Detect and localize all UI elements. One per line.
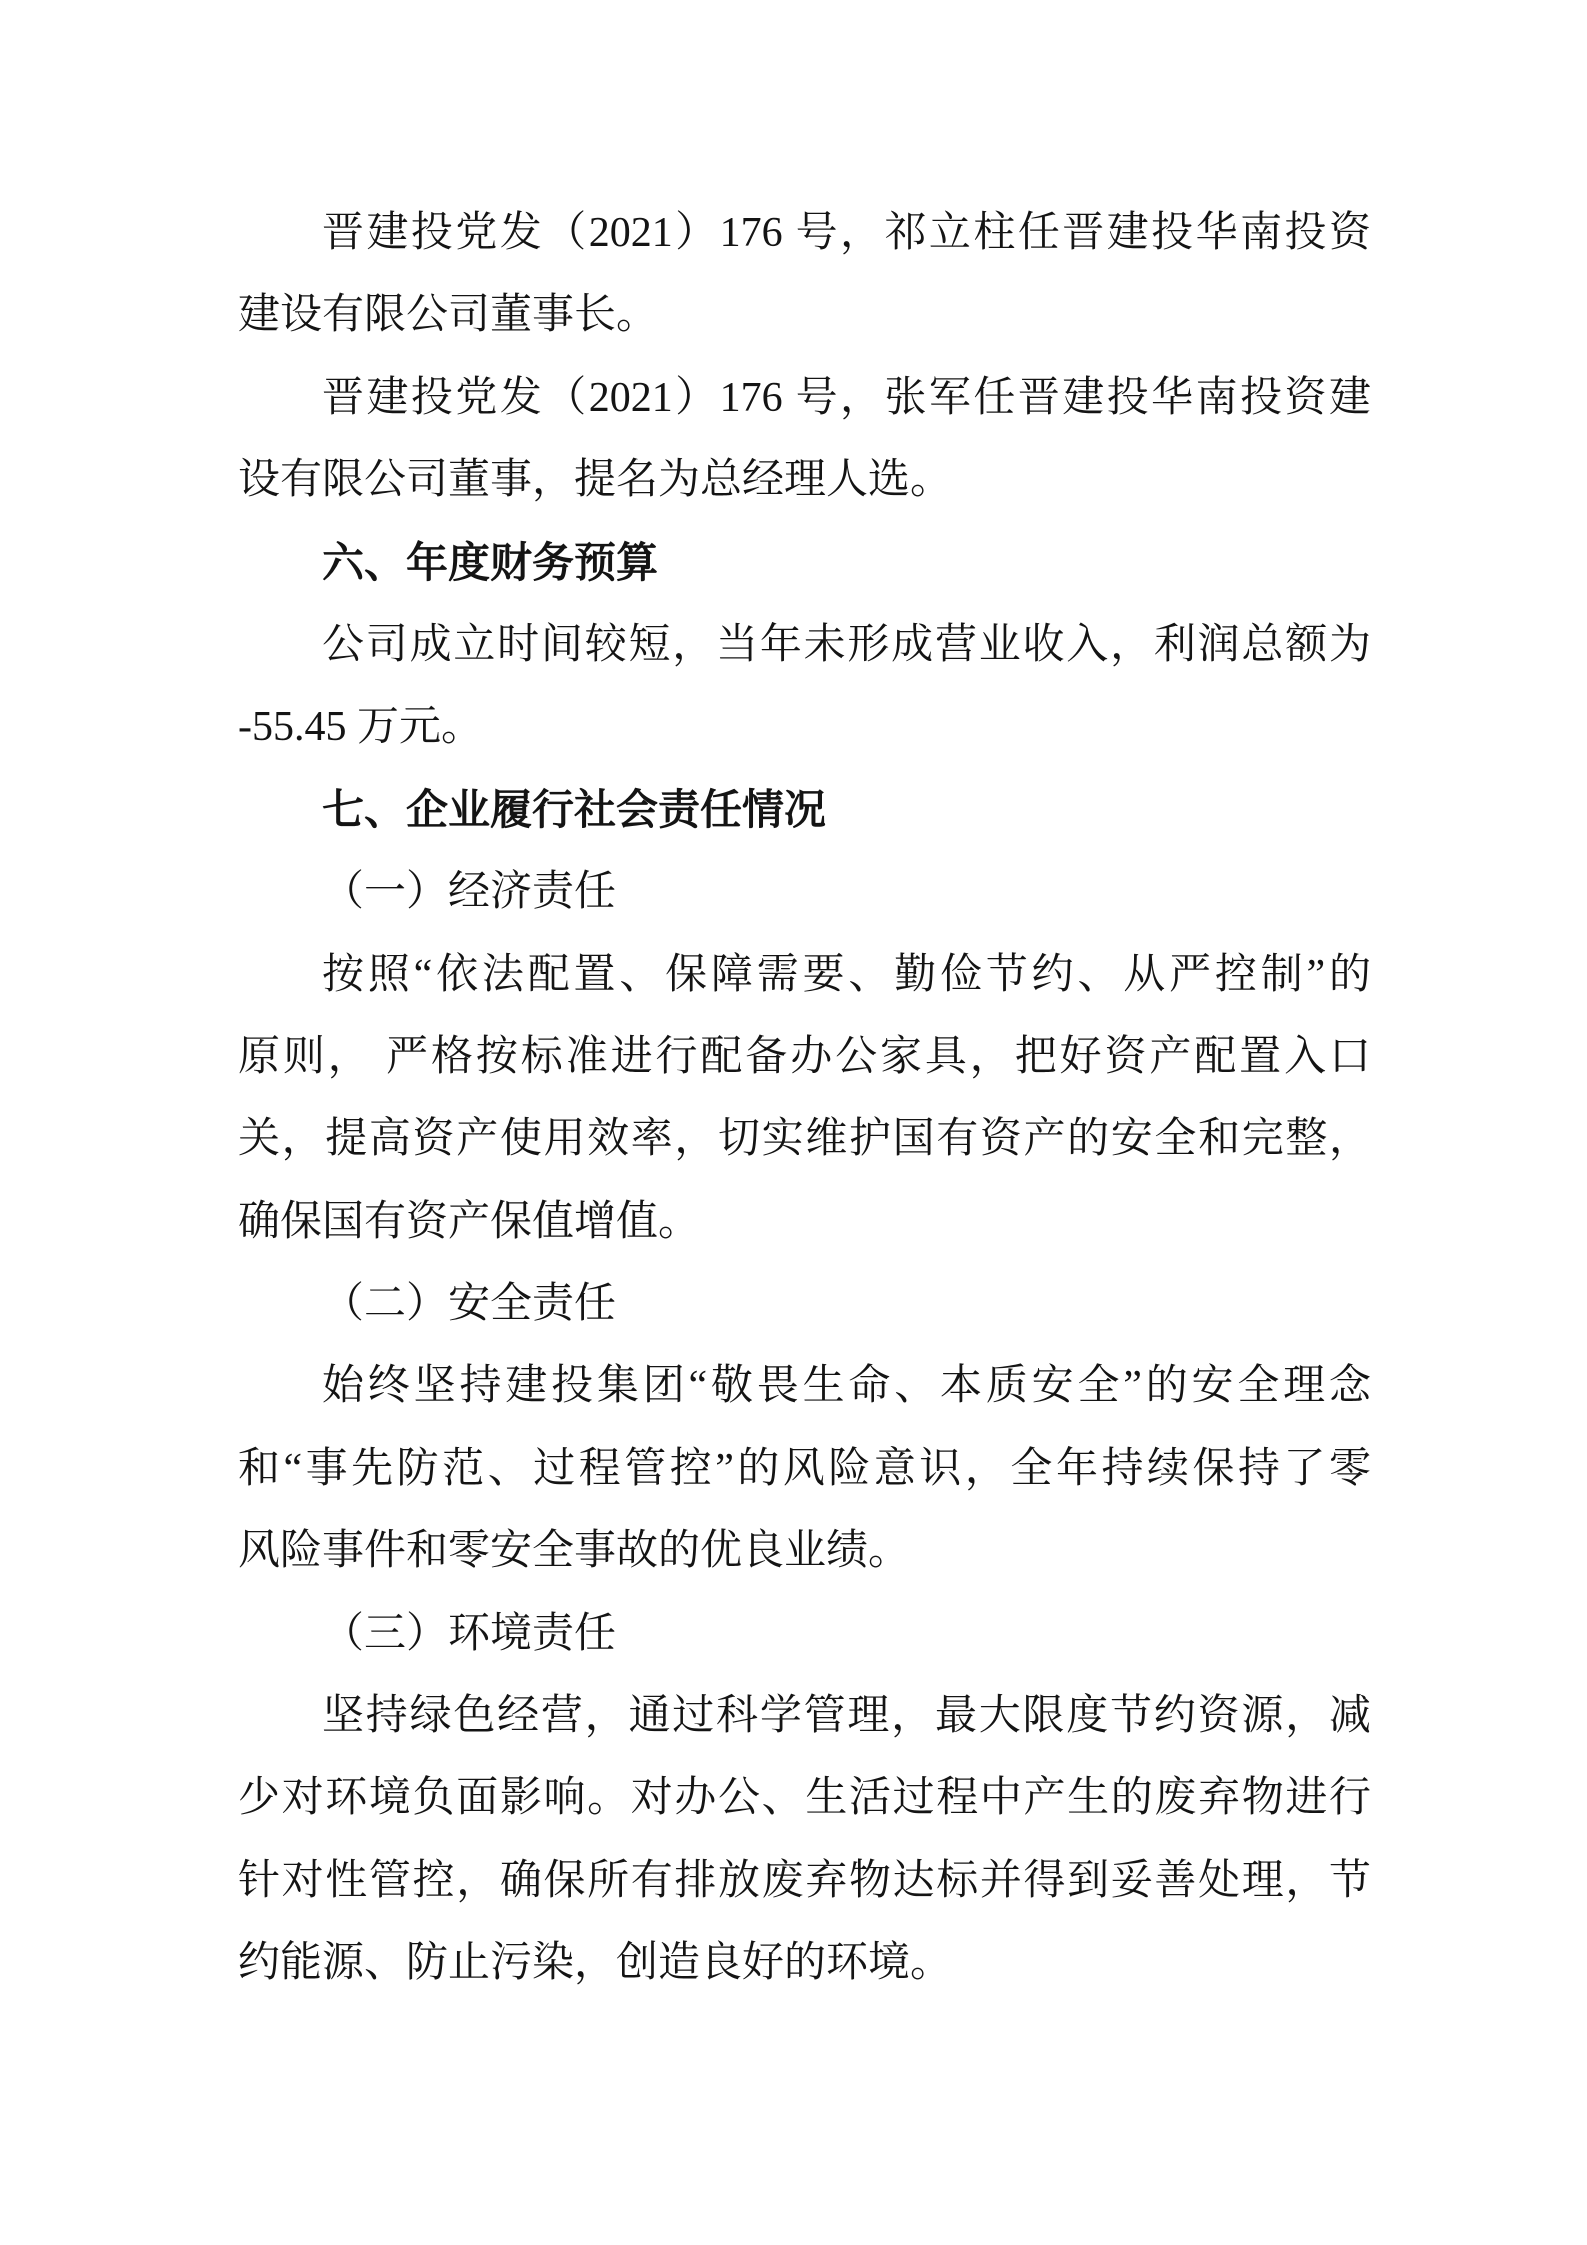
document-page: 晋建投党发（2021）176 号，祁立柱任晋建投华南投资 建设有限公司董事长。 … <box>0 0 1587 2245</box>
paragraph-safety-line: 始终坚持建投集团“敬畏生命、本质安全”的安全理念 <box>238 1345 1371 1427</box>
subheading-environment-responsibility: （三）环境责任 <box>238 1593 1371 1675</box>
paragraph-appointment-qilizhu-line: 建设有限公司董事长。 <box>238 274 1371 356</box>
paragraph-environment-line: 少对环境负面影响。对办公、生活过程中产生的废弃物进行 <box>238 1757 1371 1839</box>
section-heading-annual-budget: 六、年度财务预算 <box>238 522 1371 604</box>
paragraph-budget-line: -55.45 万元。 <box>238 686 1371 768</box>
paragraph-budget-line: 公司成立时间较短，当年未形成营业收入，利润总额为 <box>238 604 1371 686</box>
subheading-economic-responsibility: （一）经济责任 <box>238 851 1371 933</box>
paragraph-appointment-zhangjun-line: 晋建投党发（2021）176 号，张军任晋建投华南投资建 <box>238 357 1371 439</box>
paragraph-economic-line: 确保国有资产保值增值。 <box>238 1181 1371 1263</box>
paragraph-economic-line: 按照“依法配置、保障需要、勤俭节约、从严控制”的 <box>238 934 1371 1016</box>
paragraph-environment-line: 坚持绿色经营，通过科学管理，最大限度节约资源，减 <box>238 1675 1371 1757</box>
section-heading-social-responsibility: 七、企业履行社会责任情况 <box>238 769 1371 851</box>
paragraph-environment-line: 针对性管控，确保所有排放废弃物达标并得到妥善处理，节 <box>238 1840 1371 1922</box>
paragraph-economic-line: 原则， 严格按标准进行配备办公家具，把好资产配置入口 <box>238 1016 1371 1098</box>
paragraph-safety-line: 和“事先防范、过程管控”的风险意识，全年持续保持了零 <box>238 1428 1371 1510</box>
paragraph-economic-line: 关，提高资产使用效率，切实维护国有资产的安全和完整， <box>238 1098 1371 1180</box>
paragraph-environment-line: 约能源、防止污染，创造良好的环境。 <box>238 1922 1371 2004</box>
subheading-safety-responsibility: （二）安全责任 <box>238 1263 1371 1345</box>
paragraph-safety-line: 风险事件和零安全事故的优良业绩。 <box>238 1510 1371 1592</box>
paragraph-appointment-zhangjun-line: 设有限公司董事，提名为总经理人选。 <box>238 439 1371 521</box>
paragraph-appointment-qilizhu-line: 晋建投党发（2021）176 号，祁立柱任晋建投华南投资 <box>238 192 1371 274</box>
document-body: 晋建投党发（2021）176 号，祁立柱任晋建投华南投资 建设有限公司董事长。 … <box>0 0 1587 2245</box>
